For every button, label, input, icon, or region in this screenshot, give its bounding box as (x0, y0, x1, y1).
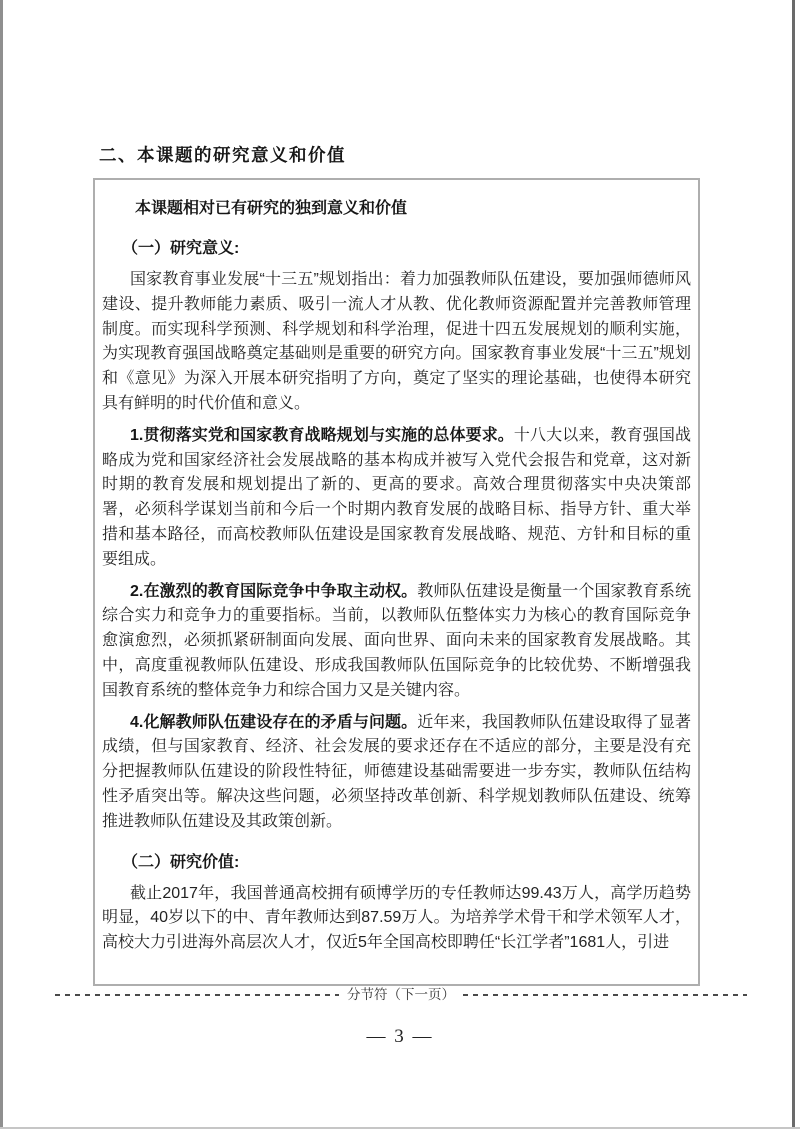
paragraph-intro: 国家教育事业发展“十三五”规划指出：着力加强教师队伍建设，要加强师德师风建设、提… (102, 268, 691, 417)
dashed-line-right (463, 994, 747, 996)
paragraph-lead: 1.贯彻落实党和国家教育战略规划与实施的总体要求。 (130, 427, 514, 444)
paragraph-text: 国家教育事业发展“十三五”规划指出：着力加强教师队伍建设，要加强师德师风建设、提… (102, 271, 691, 412)
paragraph-value: 截止2017年，我国普通高校拥有硕博学历的专任教师达99.43万人，高学历趋势 … (102, 882, 691, 956)
section-heading: 二、本课题的研究意义和价值 (99, 142, 346, 167)
paragraph-text: 十八大以来，教育强国战略成为党和国家经济社会发展战略的基本构成并被写入党代会报告… (102, 427, 691, 568)
box-title: 本课题相对已有研究的独到意义和价值 (135, 196, 691, 221)
dashed-line-left (55, 994, 339, 996)
paragraph-point-4: 4.化解教师队伍建设存在的矛盾与问题。近年来，我国教师队伍建设取得了显著成绩，但… (102, 711, 691, 835)
page-left-edge (0, 0, 3, 1129)
subheading-research-value: （二）研究价值: (122, 850, 691, 875)
paragraph-lead: 4.化解教师队伍建设存在的矛盾与问题。 (130, 714, 417, 731)
content-box: 本课题相对已有研究的独到意义和价值 （一）研究意义: 国家教育事业发展“十三五”… (93, 178, 700, 986)
document-page: 二、本课题的研究意义和价值 本课题相对已有研究的独到意义和价值 （一）研究意义:… (0, 0, 800, 1129)
section-break-label: 分节符（下一页） (347, 987, 455, 1003)
paragraph-lead: 2.在激烈的教育国际竞争中争取主动权。 (130, 583, 417, 600)
page-number: — 3 — (0, 1026, 800, 1048)
paragraph-point-2: 2.在激烈的教育国际竞争中争取主动权。教师队伍建设是衡量一个国家教育系统综合实力… (102, 580, 691, 704)
subheading-research-significance: （一）研究意义: (122, 236, 691, 261)
section-break-separator: 分节符（下一页） (55, 987, 747, 1003)
paragraph-text: 截止2017年，我国普通高校拥有硕博学历的专任教师达99.43万人，高学历趋势 … (102, 885, 691, 952)
paragraph-point-1: 1.贯彻落实党和国家教育战略规划与实施的总体要求。十八大以来，教育强国战略成为党… (102, 424, 691, 573)
page-right-edge (792, 0, 795, 1129)
